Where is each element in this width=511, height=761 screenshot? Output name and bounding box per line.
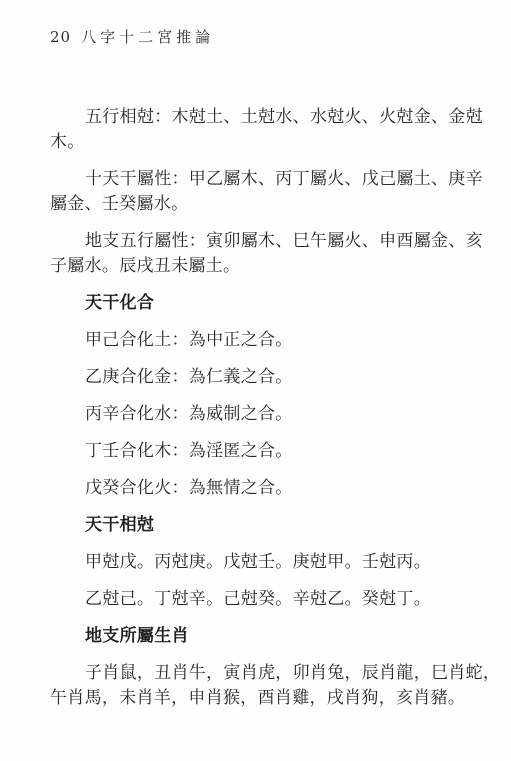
page-body: 五行相尅：木尅土、土尅水、水尅火、火尅金、金尅 木。 十天干屬性：甲乙屬木、丙丁… [50, 104, 485, 722]
text-line-wu-gui: 戊癸合化火：為無情之合。 [50, 475, 485, 500]
text-line: 地支五行屬性：寅卯屬木、巳午屬火、申酉屬金、亥 [50, 228, 485, 253]
text-line: 子屬水。辰戌丑未屬土。 [50, 253, 485, 278]
section-heading-branch-zodiac: 地支所屬生肖 [50, 623, 485, 648]
text-line-yin-stems-overcome: 乙尅己。丁尅辛。己尅癸。辛尅乙。癸尅丁。 [50, 586, 485, 611]
page-header: 20八字十二宮推論 [50, 26, 214, 47]
paragraph-five-elements-overcoming: 五行相尅：木尅土、土尅水、水尅火、火尅金、金尅 木。 [50, 104, 485, 154]
text-line: 木。 [50, 129, 485, 154]
running-title: 八字十二宮推論 [81, 30, 214, 46]
paragraph-ten-stems-attributes: 十天干屬性：甲乙屬木、丙丁屬火、戊己屬土、庚辛 屬金、壬癸屬水。 [50, 166, 485, 216]
text-line: 十天干屬性：甲乙屬木、丙丁屬火、戊己屬土、庚辛 [50, 166, 485, 191]
text-line: 五行相尅：木尅土、土尅水、水尅火、火尅金、金尅 [50, 104, 485, 129]
text-line-bing-xin: 丙辛合化水：為威制之合。 [50, 401, 485, 426]
text-line: 午肖馬，未肖羊，申肖猴，酉肖雞，戌肖狗，亥肖豬。 [50, 685, 485, 710]
page-number: 20 [50, 28, 71, 46]
book-page: 20八字十二宮推論 五行相尅：木尅土、土尅水、水尅火、火尅金、金尅 木。 十天干… [0, 0, 511, 761]
text-line-yang-stems-overcome: 甲尅戊。丙尅庚。戊尅壬。庚尅甲。壬尅丙。 [50, 549, 485, 574]
section-heading-stem-combinations: 天干化合 [50, 290, 485, 315]
text-line-jia-ji: 甲己合化土：為中正之合。 [50, 327, 485, 352]
text-line-yi-geng: 乙庚合化金：為仁義之合。 [50, 364, 485, 389]
text-line: 子肖鼠，丑肖牛，寅肖虎，卯肖兔，辰肖龍，巳肖蛇， [50, 660, 485, 685]
paragraph-branches-attributes: 地支五行屬性：寅卯屬木、巳午屬火、申酉屬金、亥 子屬水。辰戌丑未屬土。 [50, 228, 485, 278]
text-line-ding-ren: 丁壬合化木：為淫匿之合。 [50, 438, 485, 463]
section-heading-stem-overcoming: 天干相尅 [50, 512, 485, 537]
text-line: 屬金、壬癸屬水。 [50, 191, 485, 216]
paragraph-zodiac-animals: 子肖鼠，丑肖牛，寅肖虎，卯肖兔，辰肖龍，巳肖蛇， 午肖馬，未肖羊，申肖猴，酉肖雞… [50, 660, 485, 710]
